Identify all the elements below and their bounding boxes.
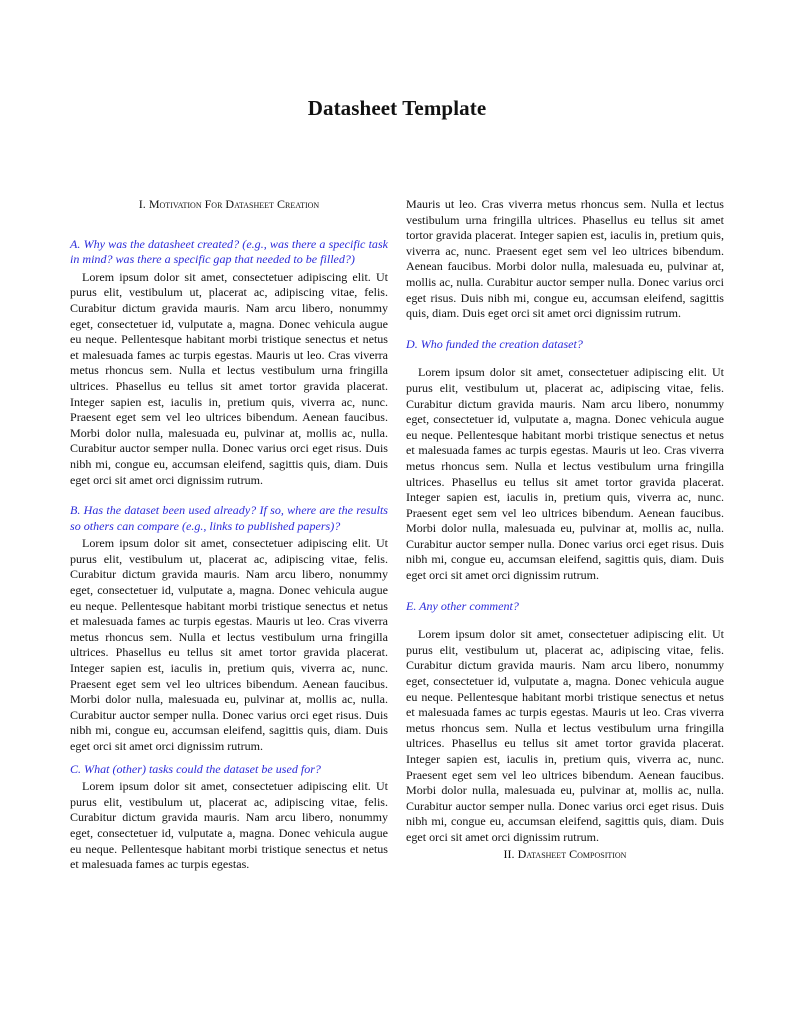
document-title: Datasheet Template <box>0 96 794 121</box>
subsection-heading-e: E. Any other comment? <box>406 599 724 615</box>
subsection-heading-d: D. Who funded the creation dataset? <box>406 337 724 353</box>
section-heading-motivation: I. Motivation For Datasheet Creation <box>70 197 388 213</box>
paragraph-b: Lorem ipsum dolor sit amet, consectetuer… <box>70 536 388 754</box>
paragraph-c: Lorem ipsum dolor sit amet, consectetuer… <box>70 779 388 873</box>
paragraph-a: Lorem ipsum dolor sit amet, consectetuer… <box>70 270 388 488</box>
subsection-heading-b: B. Has the dataset been used already? If… <box>70 503 388 534</box>
paragraph-d: Lorem ipsum dolor sit amet, consectetuer… <box>406 365 724 583</box>
section-heading-composition: II. Datasheet Composition <box>406 847 724 863</box>
subsection-heading-c: C. What (other) tasks could the dataset … <box>70 762 388 778</box>
subsection-heading-a: A. Why was the datasheet created? (e.g.,… <box>70 237 388 268</box>
right-column: Mauris ut leo. Cras viverra metus rhoncu… <box>406 197 724 862</box>
left-column: I. Motivation For Datasheet Creation A. … <box>70 197 388 873</box>
paragraph-e: Lorem ipsum dolor sit amet, consectetuer… <box>406 627 724 845</box>
paragraph-c-continued: Mauris ut leo. Cras viverra metus rhoncu… <box>406 197 724 322</box>
